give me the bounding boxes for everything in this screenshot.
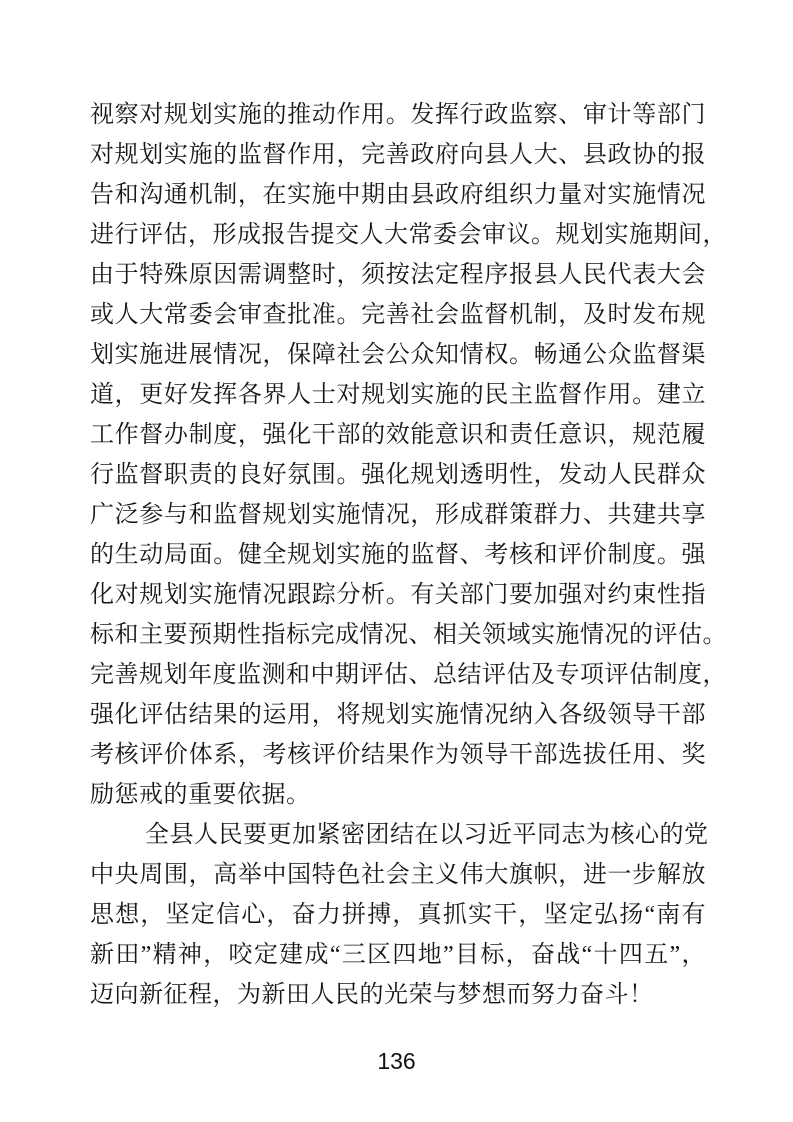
text-line: 行监督职责的良好氛围。强化规划透明性，发动人民群众 bbox=[90, 455, 706, 495]
text-line: 工作督办制度，强化干部的效能意识和责任意识，规范履 bbox=[90, 415, 706, 455]
text-line: 迈向新征程，为新田人民的光荣与梦想而努力奋斗！ bbox=[90, 975, 706, 1015]
text-line: 对规划实施的监督作用，完善政府向县人大、县政协的报 bbox=[90, 135, 706, 175]
text-line: 励惩戒的重要依据。 bbox=[90, 775, 706, 815]
text-line: 视察对规划实施的推动作用。发挥行政监察、审计等部门 bbox=[90, 95, 706, 135]
text-line: 全县人民要更加紧密团结在以习近平同志为核心的党 bbox=[90, 815, 706, 855]
text-line: 广泛参与和监督规划实施情况，形成群策群力、共建共享 bbox=[90, 495, 706, 535]
text-line: 或人大常委会审查批准。完善社会监督机制，及时发布规 bbox=[90, 295, 706, 335]
text-line: 化对规划实施情况跟踪分析。有关部门要加强对约束性指 bbox=[90, 575, 706, 615]
text-line: 告和沟通机制，在实施中期由县政府组织力量对实施情况 bbox=[90, 175, 706, 215]
text-line: 考核评价体系，考核评价结果作为领导干部选拔任用、奖 bbox=[90, 735, 706, 775]
text-line: 标和主要预期性指标完成情况、相关领域实施情况的评估。 bbox=[90, 615, 706, 655]
text-line: 强化评估结果的运用，将规划实施情况纳入各级领导干部 bbox=[90, 695, 706, 735]
text-line: 划实施进展情况，保障社会公众知情权。畅通公众监督渠 bbox=[90, 335, 706, 375]
text-line: 由于特殊原因需调整时，须按法定程序报县人民代表大会 bbox=[90, 255, 706, 295]
document-body: 视察对规划实施的推动作用。发挥行政监察、审计等部门对规划实施的监督作用，完善政府… bbox=[90, 95, 706, 1015]
text-line: 的生动局面。健全规划实施的监督、考核和评价制度。强 bbox=[90, 535, 706, 575]
text-line: 道，更好发挥各界人士对规划实施的民主监督作用。建立 bbox=[90, 375, 706, 415]
text-line: 进行评估，形成报告提交人大常委会审议。规划实施期间， bbox=[90, 215, 706, 255]
paragraph: 视察对规划实施的推动作用。发挥行政监察、审计等部门对规划实施的监督作用，完善政府… bbox=[90, 95, 706, 815]
text-line: 中央周围，高举中国特色社会主义伟大旗帜，进一步解放 bbox=[90, 855, 706, 895]
text-line: 思想，坚定信心，奋力拼搏，真抓实干，坚定弘扬“南有 bbox=[90, 895, 706, 935]
paragraph: 全县人民要更加紧密团结在以习近平同志为核心的党中央周围，高举中国特色社会主义伟大… bbox=[90, 815, 706, 1015]
text-line: 完善规划年度监测和中期评估、总结评估及专项评估制度， bbox=[90, 655, 706, 695]
page-number: 136 bbox=[0, 1046, 793, 1076]
text-line: 新田”精神，咬定建成“三区四地”目标，奋战“十四五”， bbox=[90, 935, 706, 975]
document-page: 视察对规划实施的推动作用。发挥行政监察、审计等部门对规划实施的监督作用，完善政府… bbox=[0, 0, 793, 1122]
